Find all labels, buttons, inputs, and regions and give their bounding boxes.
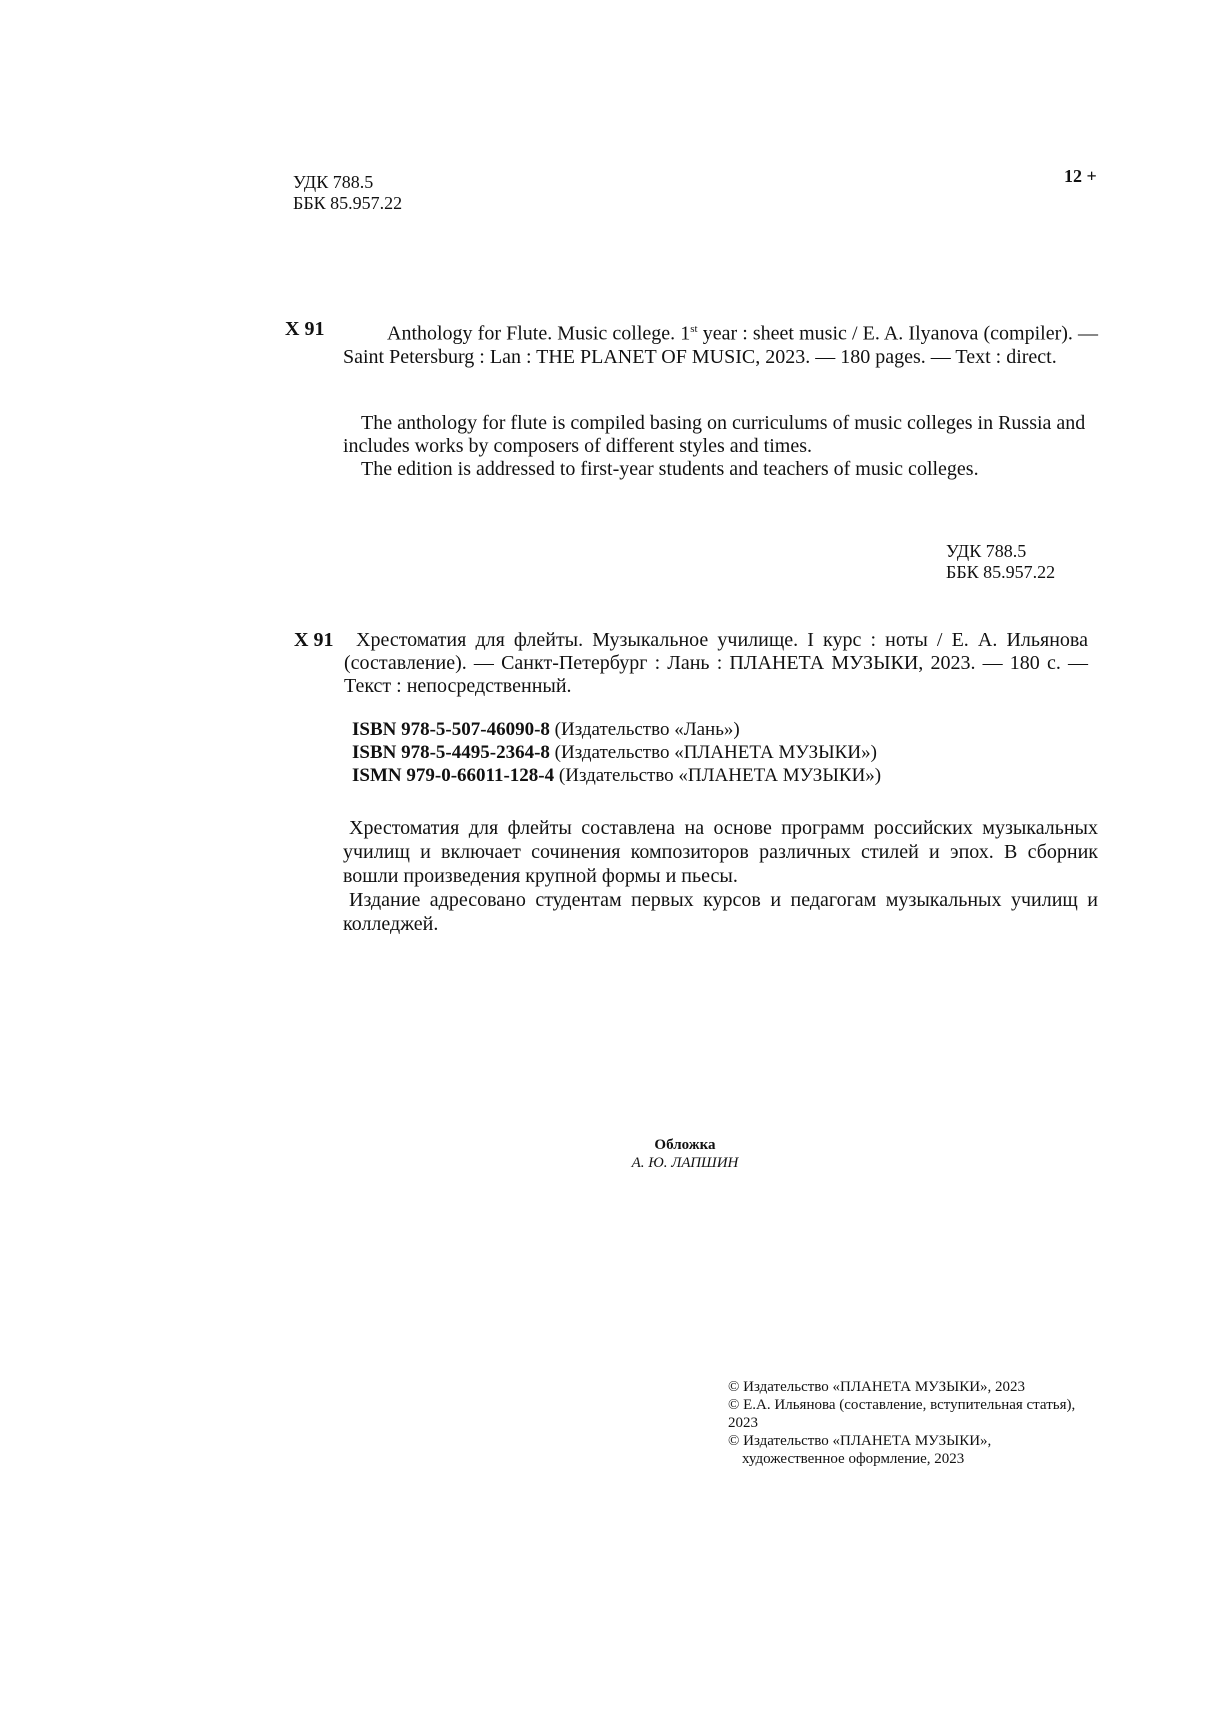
author-mark-en: X 91 [285, 318, 324, 341]
entry-title-pre: Anthology for Flute. Music college. 1 [387, 323, 690, 345]
udk-code: УДК 788.5 [946, 541, 1055, 562]
identifier-publisher: (Издательство «Лань») [550, 719, 740, 740]
copyright-block: © Издательство «ПЛАНЕТА МУЗЫКИ», 2023 © … [728, 1378, 1088, 1468]
identifier-row: ISBN 978-5-507-46090-8 (Издательство «Ла… [352, 718, 881, 741]
copyright-line: © Издательство «ПЛАНЕТА МУЗЫКИ», 2023 [728, 1378, 1088, 1396]
classification-top: УДК 788.5 ББК 85.957.22 [293, 172, 402, 214]
bibliographic-entry-ru: Хрестоматия для флейты. Музыкальное учил… [344, 629, 1088, 698]
identifier-number: ISBN 978-5-4495-2364-8 [352, 742, 550, 763]
copyright-line: © Е.А. Ильянова (составление, вступитель… [728, 1396, 1088, 1432]
bbk-code: ББК 85.957.22 [293, 193, 402, 214]
cover-label: Обложка [560, 1136, 810, 1154]
abstract-paragraph: The edition is addressed to first-year s… [343, 458, 1100, 481]
abstract-en: The anthology for flute is compiled basi… [343, 412, 1100, 481]
abstract-paragraph: Издание адресовано студентам первых курс… [343, 888, 1098, 936]
author-mark-ru: X 91 [294, 629, 333, 652]
identifier-publisher: (Издательство «ПЛАНЕТА МУЗЫКИ») [550, 742, 877, 763]
bbk-code: ББК 85.957.22 [946, 562, 1055, 583]
age-rating: 12 + [1064, 166, 1097, 187]
abstract-paragraph: Хрестоматия для флейты составлена на осн… [343, 816, 1098, 888]
copyright-line: © Издательство «ПЛАНЕТА МУЗЫКИ», [728, 1432, 1088, 1450]
classification-mid: УДК 788.5 ББК 85.957.22 [946, 541, 1055, 583]
entry-text: Хрестоматия для флейты. Музыкальное учил… [344, 629, 1088, 697]
entry-title-sup: st [690, 323, 697, 335]
identifier-number: ISMN 979-0-66011-128-4 [352, 765, 554, 786]
abstract-ru: Хрестоматия для флейты составлена на осн… [343, 816, 1098, 936]
identifier-publisher: (Издательство «ПЛАНЕТА МУЗЫКИ») [554, 765, 881, 786]
identifier-row: ISBN 978-5-4495-2364-8 (Издательство «ПЛ… [352, 741, 881, 764]
identifier-row: ISMN 979-0-66011-128-4 (Издательство «ПЛ… [352, 764, 881, 787]
copyright-line: художественное оформление, 2023 [728, 1450, 1088, 1468]
cover-credit: Обложка А. Ю. ЛАПШИН [560, 1136, 810, 1172]
udk-code: УДК 788.5 [293, 172, 402, 193]
identifiers-list: ISBN 978-5-507-46090-8 (Издательство «Ла… [352, 718, 881, 787]
bibliographic-entry-en: Anthology for Flute. Music college. 1st … [343, 318, 1098, 369]
identifier-number: ISBN 978-5-507-46090-8 [352, 719, 550, 740]
cover-artist: А. Ю. ЛАПШИН [560, 1154, 810, 1172]
abstract-paragraph: The anthology for flute is compiled basi… [343, 412, 1100, 458]
